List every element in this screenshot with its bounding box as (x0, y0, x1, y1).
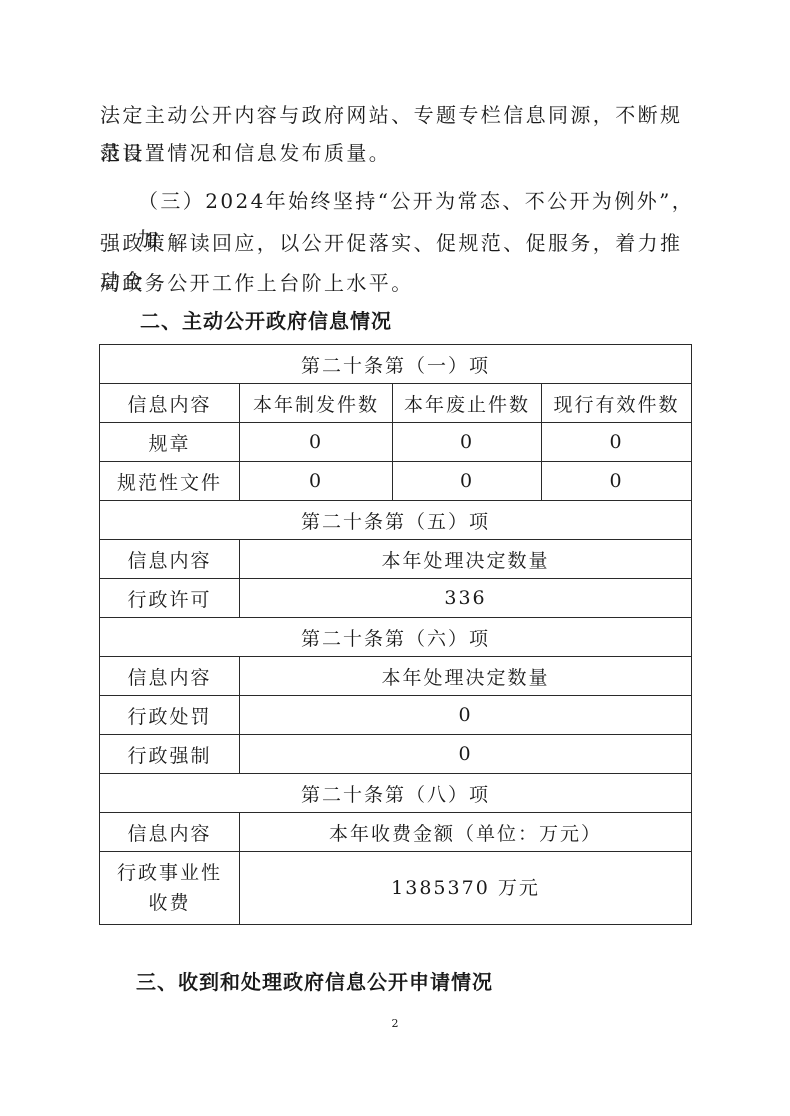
cell-value: 0 (240, 423, 393, 462)
section-title: 第二十条第（八）项 (100, 774, 692, 813)
row-label: 行政处罚 (100, 696, 240, 735)
header-row: 信息内容 本年收费金额（单位：万元） (100, 813, 692, 852)
column-header: 信息内容 (100, 657, 240, 696)
row-label: 规章 (100, 423, 240, 462)
cell-value: 0 (240, 462, 393, 501)
page-number: 2 (0, 1017, 790, 1030)
cell-value: 336 (240, 579, 692, 618)
column-header: 信息内容 (100, 540, 240, 579)
column-header: 现行有效件数 (542, 384, 692, 423)
cell-value: 0 (393, 423, 542, 462)
cell-value: 0 (393, 462, 542, 501)
table-row: 行政处罚 0 (100, 696, 692, 735)
row-label: 规范性文件 (100, 462, 240, 501)
table-row: 规章 0 0 0 (100, 423, 692, 462)
column-header: 信息内容 (100, 813, 240, 852)
cell-value: 0 (542, 423, 692, 462)
row-label: 行政事业性 收费 (100, 852, 240, 925)
cell-value: 1385370 万元 (240, 852, 692, 925)
header-row: 信息内容 本年处理决定数量 (100, 540, 692, 579)
header-row: 信息内容 本年处理决定数量 (100, 657, 692, 696)
section-heading-2: 二、主动公开政府信息情况 (140, 305, 392, 334)
table-row: 行政许可 336 (100, 579, 692, 618)
cell-value: 0 (240, 696, 692, 735)
column-header: 本年废止件数 (393, 384, 542, 423)
row-label: 行政强制 (100, 735, 240, 774)
header-row: 信息内容 本年制发件数 本年废止件数 现行有效件数 (100, 384, 692, 423)
section-title: 第二十条第（一）项 (100, 345, 692, 384)
row-label: 行政许可 (100, 579, 240, 618)
column-header: 本年收费金额（单位：万元） (240, 813, 692, 852)
section-title-row: 第二十条第（八）项 (100, 774, 692, 813)
section-heading-3: 三、收到和处理政府信息公开申请情况 (136, 966, 493, 995)
section-title-row: 第二十条第（一）项 (100, 345, 692, 384)
paragraph-line: 局政务公开工作上台阶上水平。 (100, 264, 700, 302)
paragraph-line: 录设置情况和信息发布质量。 (100, 134, 700, 172)
column-header: 本年处理决定数量 (240, 657, 692, 696)
table-row: 规范性文件 0 0 0 (100, 462, 692, 501)
table-row: 行政强制 0 (100, 735, 692, 774)
row-label-line: 收费 (100, 888, 239, 918)
row-label-line: 行政事业性 (100, 858, 239, 888)
section-title-row: 第二十条第（五）项 (100, 501, 692, 540)
column-header: 信息内容 (100, 384, 240, 423)
column-header: 本年处理决定数量 (240, 540, 692, 579)
table-row: 行政事业性 收费 1385370 万元 (100, 852, 692, 925)
disclosure-table: 第二十条第（一）项 信息内容 本年制发件数 本年废止件数 现行有效件数 规章 0… (99, 344, 692, 925)
section-title: 第二十条第（六）项 (100, 618, 692, 657)
column-header: 本年制发件数 (240, 384, 393, 423)
cell-value: 0 (542, 462, 692, 501)
cell-value: 0 (240, 735, 692, 774)
section-title: 第二十条第（五）项 (100, 501, 692, 540)
section-title-row: 第二十条第（六）项 (100, 618, 692, 657)
